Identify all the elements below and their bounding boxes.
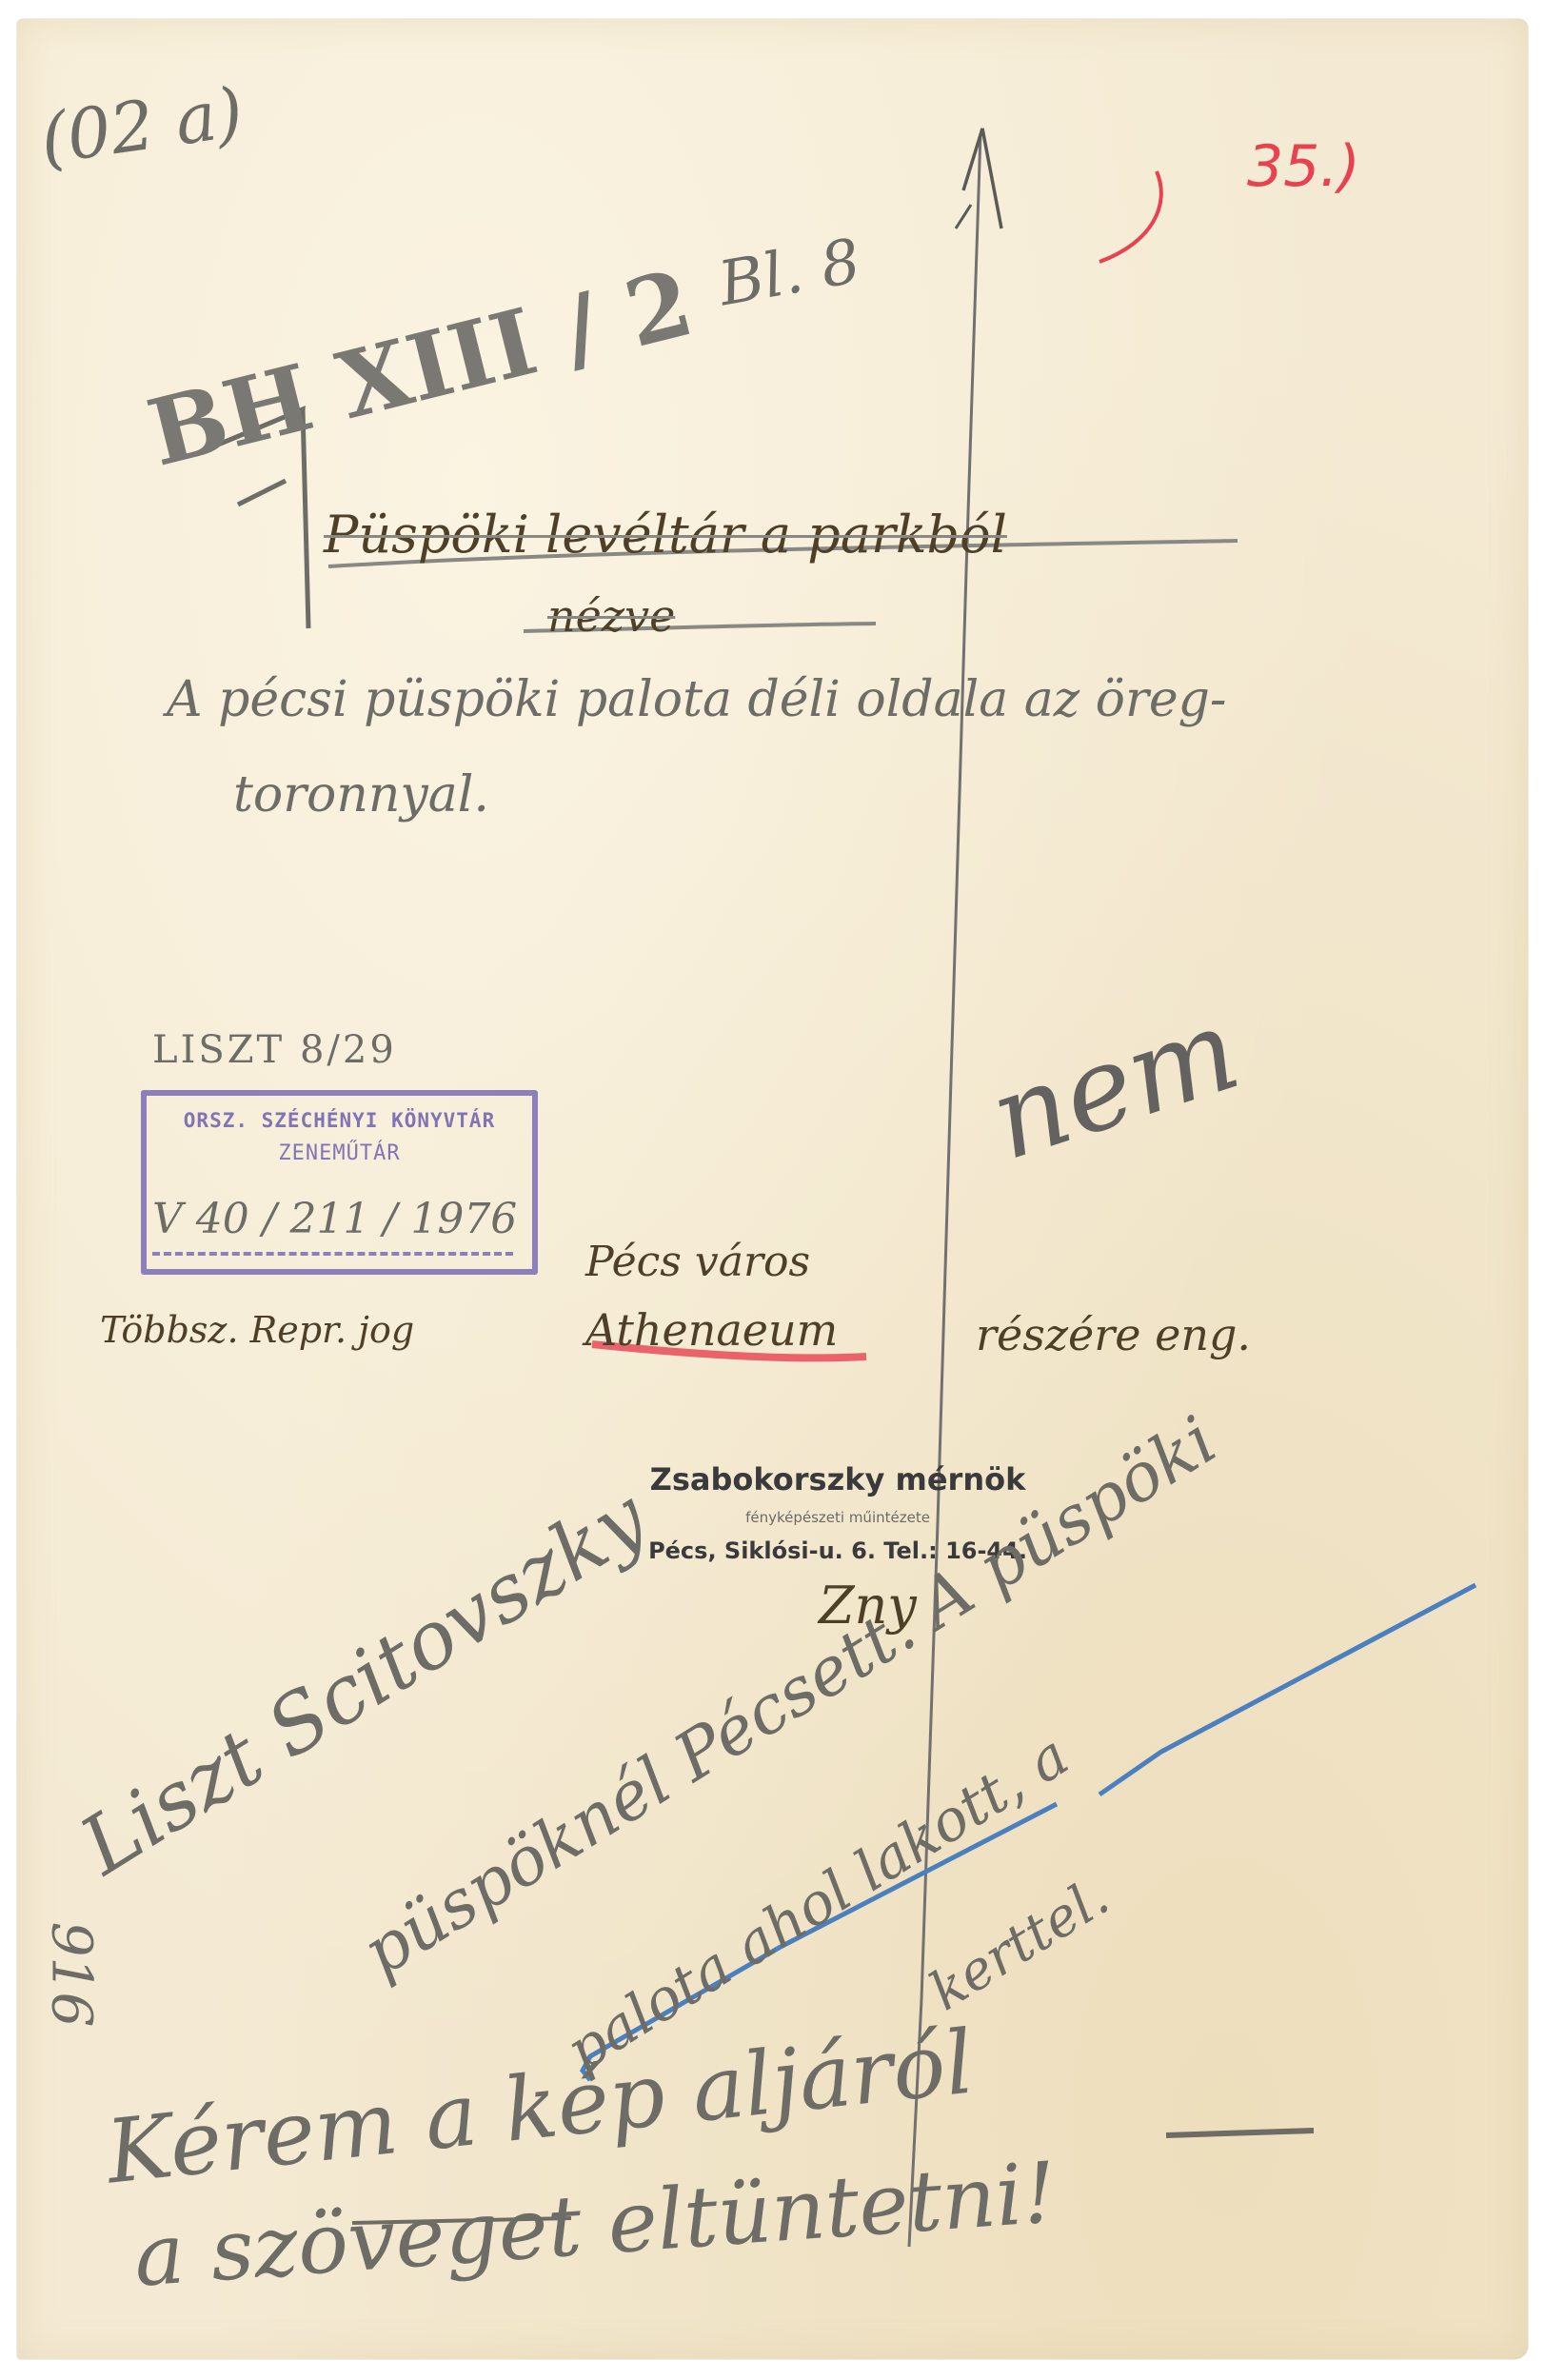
library-stamp-line1: ORSZ. SZÉCHÉNYI KÖNYVTÁR — [147, 1109, 532, 1132]
struck-title: Püspöki levéltár a parkból — [324, 505, 1007, 565]
liszt-reference: LISZT 8/29 — [152, 1028, 397, 1072]
caption-line-2: toronnyal. — [233, 766, 489, 823]
side-number: 916 — [39, 1922, 104, 2028]
caption-line-1: A pécsi püspöki palota déli oldala az ör… — [167, 671, 1226, 728]
photographer-name: Zsabokorszky mérnök — [609, 1461, 1066, 1497]
red-page-number: 35.) — [1247, 133, 1360, 200]
library-stamp: ORSZ. SZÉCHÉNYI KÖNYVTÁR ZENEMŰTÁR — [141, 1090, 538, 1275]
pecs-varos: Pécs város — [585, 1238, 810, 1286]
struck-title-line2: nézve — [547, 590, 675, 642]
stamp-rule — [152, 1252, 513, 1256]
library-stamp-line2: ZENEMŰTÁR — [147, 1141, 532, 1165]
reszere-eng: részére eng. — [976, 1309, 1251, 1360]
library-accession-number: V 40 / 211 / 1976 — [152, 1195, 517, 1243]
struck-athenaeum: Athenaeum — [585, 1304, 838, 1356]
reproduction-rights: Többsz. Repr. jog — [100, 1309, 414, 1351]
